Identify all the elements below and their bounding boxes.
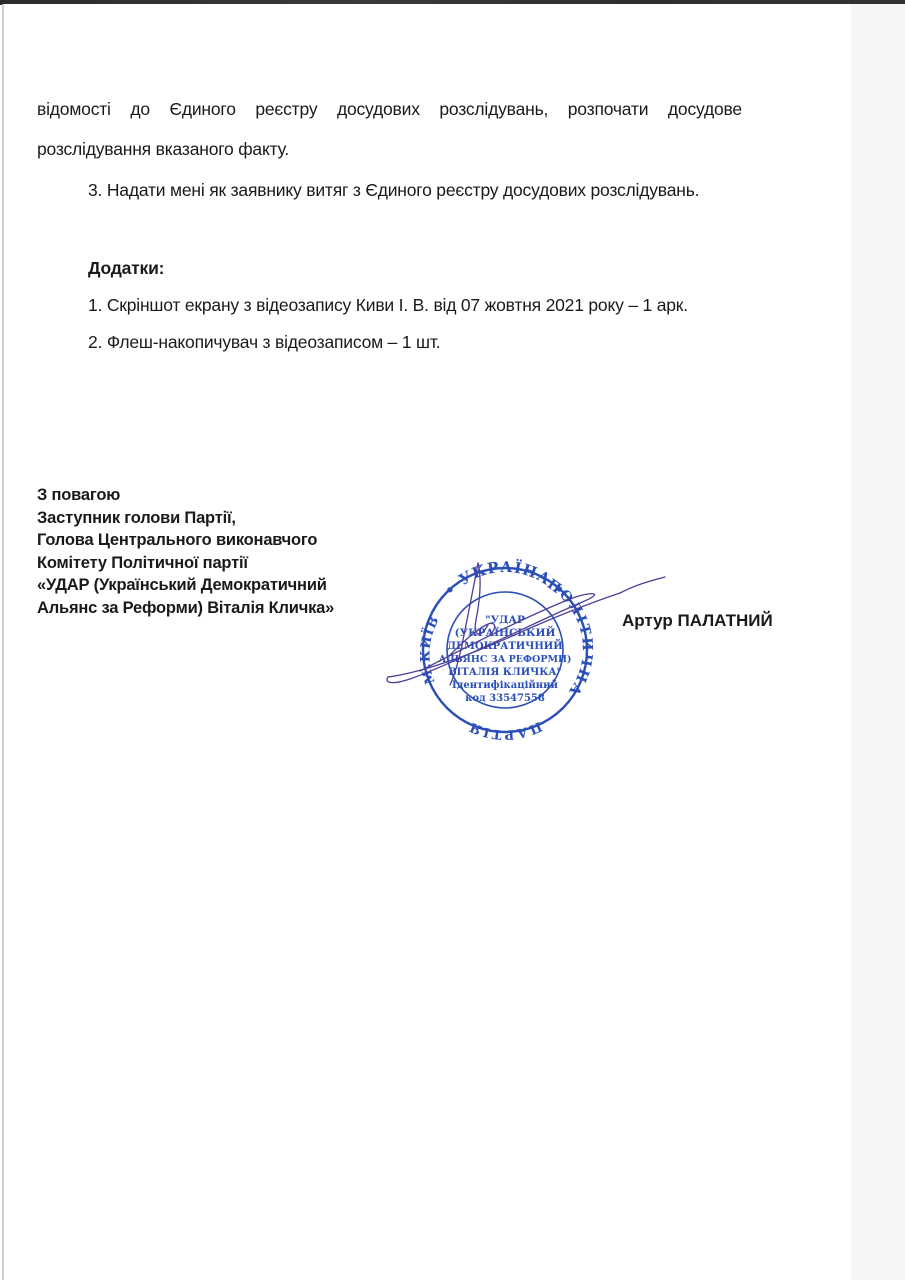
signer-title-line: Комітету Політичної партії bbox=[37, 552, 334, 575]
word: розпочати bbox=[568, 98, 649, 120]
word: розслідувань, bbox=[439, 98, 548, 120]
signer-title-line: Альянс за Реформи) Віталія Кличка» bbox=[37, 597, 334, 620]
stamp-center-line: ВІТАЛІЯ КЛИЧКА" bbox=[448, 667, 562, 678]
scan-right-margin bbox=[851, 4, 905, 1280]
paragraph-continuation-line-1: відомості до Єдиного реєстру досудових р… bbox=[37, 98, 742, 120]
stamp-center-line: Ідентифікаційний bbox=[452, 680, 558, 691]
stamp-center-line: код 33547558 bbox=[465, 693, 545, 704]
attachment-item-2: 2. Флеш-накопичувач з відеозаписом – 1 ш… bbox=[88, 331, 440, 353]
signer-name: Артур ПАЛАТНИЙ bbox=[622, 611, 773, 631]
stamp-ring-bottom-text: ПАРТІЯ bbox=[466, 718, 544, 741]
word: досудове bbox=[668, 98, 742, 120]
signer-title-line: Заступник голови Партії, bbox=[37, 507, 334, 530]
attachments-heading: Додатки: bbox=[88, 257, 164, 279]
paragraph-continuation-line-2: розслідування вказаного факту. bbox=[37, 138, 289, 160]
word: відомості bbox=[37, 98, 111, 120]
signer-title-line: «УДАР (Український Демократичний bbox=[37, 574, 334, 597]
word: досудових bbox=[337, 98, 420, 120]
attachment-item-1: 1. Скріншот екрану з відеозапису Киви І.… bbox=[88, 294, 688, 316]
word: до bbox=[130, 98, 150, 120]
official-stamp: • УКРАЇНА • ПОЛІТИЧНА ПАРТІЯ М.КИЇВ "УДА… bbox=[380, 545, 670, 745]
svg-text:ПАРТІЯ: ПАРТІЯ bbox=[466, 718, 544, 741]
stamp-center-line: "УДАР bbox=[485, 614, 525, 626]
closing-salutation: З повагою bbox=[37, 484, 334, 507]
word: Єдиного bbox=[169, 98, 235, 120]
request-item-3: 3. Надати мені як заявнику витяг з Єдино… bbox=[88, 179, 699, 201]
word: реєстру bbox=[255, 98, 317, 120]
signer-title-line: Голова Центрального виконавчого bbox=[37, 529, 334, 552]
signature-block: З повагою Заступник голови Партії, Голов… bbox=[37, 484, 334, 619]
